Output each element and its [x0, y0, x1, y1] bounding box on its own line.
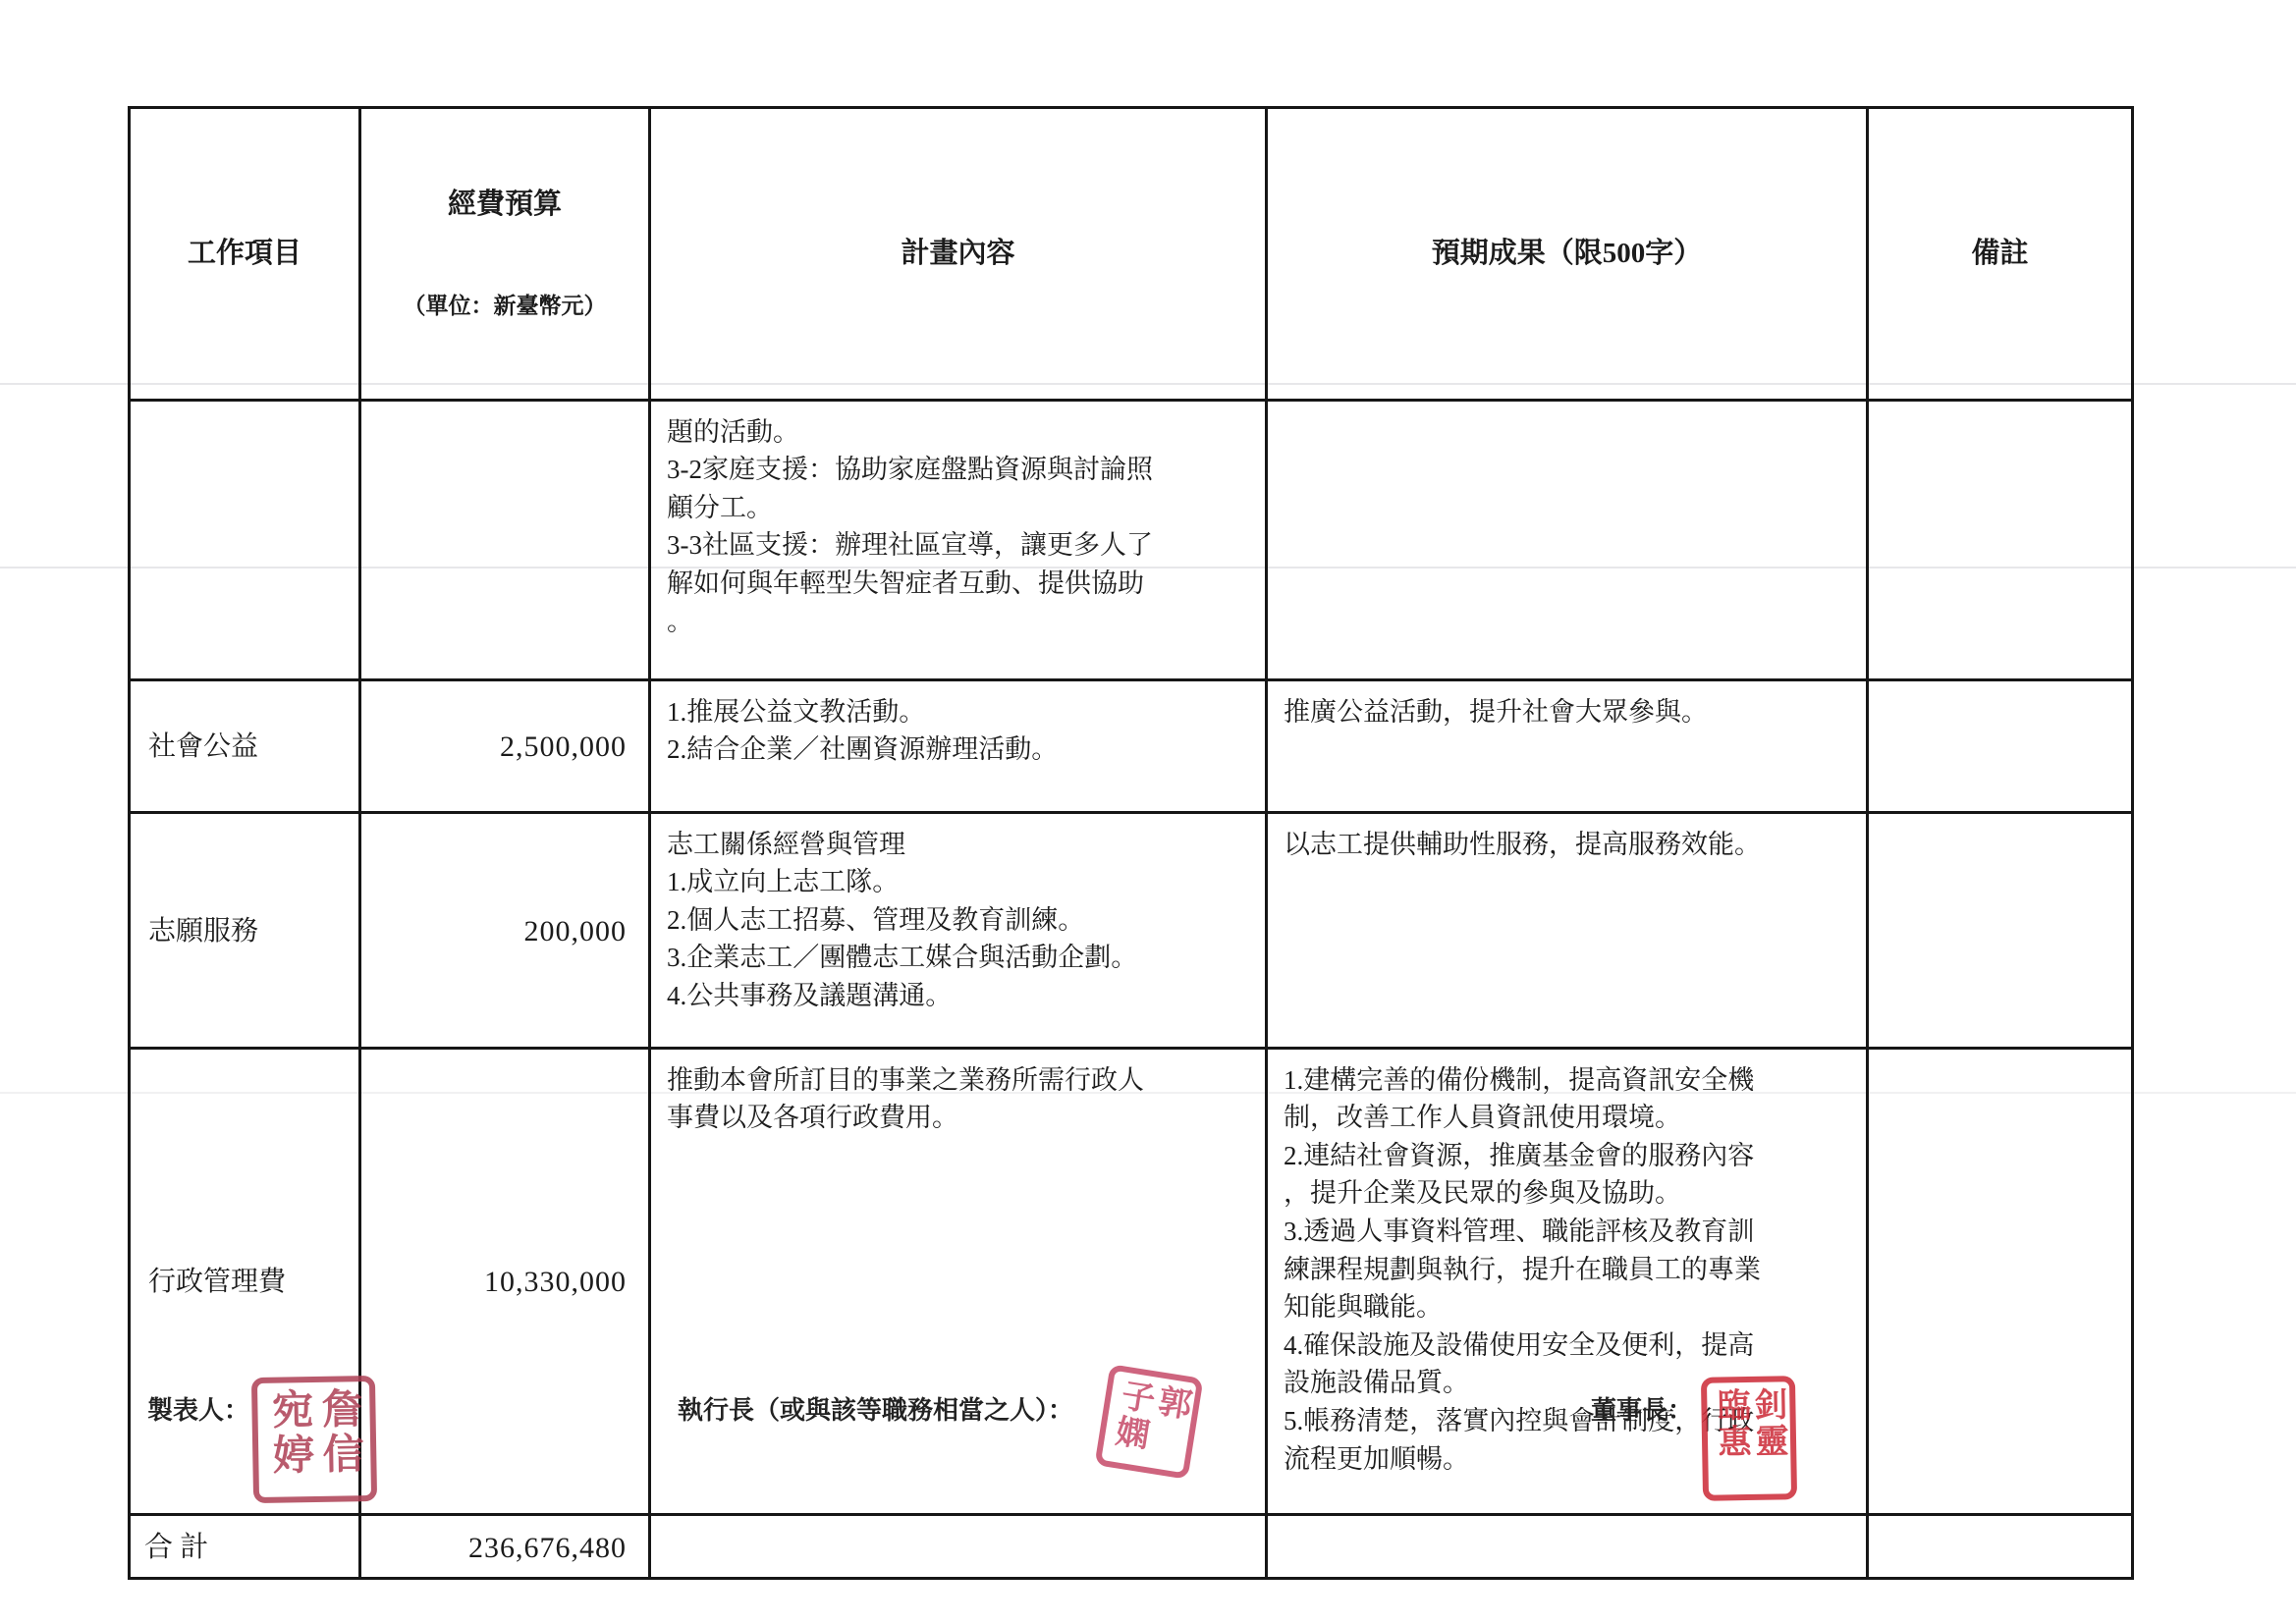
col-header-budget-unit: （單位：新臺幣元）	[367, 293, 642, 321]
cell-expected-results: 以志工提供輔助性服務，提高服務效能。	[1267, 812, 1868, 1048]
table-row-total: 合 計 236,676,480	[130, 1514, 2133, 1579]
col-header-plan-content: 計畫內容	[650, 108, 1267, 401]
col-header-budget: 經費預算 （單位：新臺幣元）	[360, 108, 650, 401]
col-header-work-item: 工作項目	[130, 108, 360, 401]
cell-plan-content: 題的活動。 3-2家庭支援：協助家庭盤點資源與討論照 顧分工。 3-3社區支援：…	[650, 400, 1267, 679]
cell-plan-content: 志工關係經營與管理 1.成立向上志工隊。 2.個人志工招募、管理及教育訓練。 3…	[650, 812, 1267, 1048]
table-row-volunteer-service: 志願服務 200,000 志工關係經營與管理 1.成立向上志工隊。 2.個人志工…	[130, 812, 2133, 1048]
table-row-social-welfare: 社會公益 2,500,000 1.推展公益文教活動。 2.結合企業／社團資源辦理…	[130, 679, 2133, 812]
maker-seal-stamp: 詹信 宛婷	[251, 1376, 377, 1503]
seal-text-column: 詹信	[317, 1386, 360, 1478]
cell-budget: 10,330,000	[360, 1048, 650, 1514]
seal-text-column: 子嫻	[1109, 1377, 1153, 1453]
cell-budget: 2,500,000	[360, 679, 650, 812]
total-amount: 236,676,480	[360, 1514, 650, 1579]
seal-text-column: 宛婷	[268, 1387, 311, 1479]
col-header-expected-results: 預期成果（限500字）	[1267, 108, 1868, 401]
seal-text-column: 郭	[1152, 1382, 1190, 1424]
cell-budget: 200,000	[360, 812, 650, 1048]
table-row-continuation: 題的活動。 3-2家庭支援：協助家庭盤點資源與討論照 顧分工。 3-3社區支援：…	[130, 400, 2133, 679]
cell-remarks	[1868, 1514, 2133, 1579]
cell-expected-results: 推廣公益活動，提升社會大眾參與。	[1267, 679, 1868, 812]
cell-remarks	[1868, 812, 2133, 1048]
chairman-label: 董事長：	[1591, 1390, 1693, 1427]
cell-work-item: 社會公益	[130, 679, 360, 812]
table-header-row: 工作項目 經費預算 （單位：新臺幣元） 計畫內容 預期成果（限500字） 備註	[130, 108, 2133, 401]
cell-plan-content: 1.推展公益文教活動。 2.結合企業／社團資源辦理活動。	[650, 679, 1267, 812]
chairman-seal-stamp: 釗靈 臨惠	[1701, 1376, 1797, 1501]
cell-remarks	[1868, 679, 2133, 812]
cell-remarks	[1868, 1048, 2133, 1514]
budget-table: 工作項目 經費預算 （單位：新臺幣元） 計畫內容 預期成果（限500字） 備註 …	[128, 106, 2134, 1580]
ceo-label: 執行長（或與該等職務相當之人）：	[678, 1390, 1073, 1427]
col-header-remarks: 備註	[1868, 108, 2133, 401]
ceo-seal-stamp: 郭 子嫻	[1094, 1364, 1203, 1480]
cell-budget	[360, 400, 650, 679]
cell-work-item: 志願服務	[130, 812, 360, 1048]
cell-remarks	[1868, 400, 2133, 679]
seal-text-column: 臨惠	[1713, 1387, 1747, 1461]
cell-plan-content	[650, 1514, 1267, 1579]
cell-work-item	[130, 400, 360, 679]
cell-expected-results	[1267, 400, 1868, 679]
seal-text-column: 釗靈	[1750, 1386, 1784, 1460]
maker-label: 製表人：	[147, 1390, 249, 1427]
total-label: 合 計	[130, 1514, 360, 1579]
col-header-budget-title: 經費預算	[367, 187, 642, 222]
cell-expected-results	[1267, 1514, 1868, 1579]
